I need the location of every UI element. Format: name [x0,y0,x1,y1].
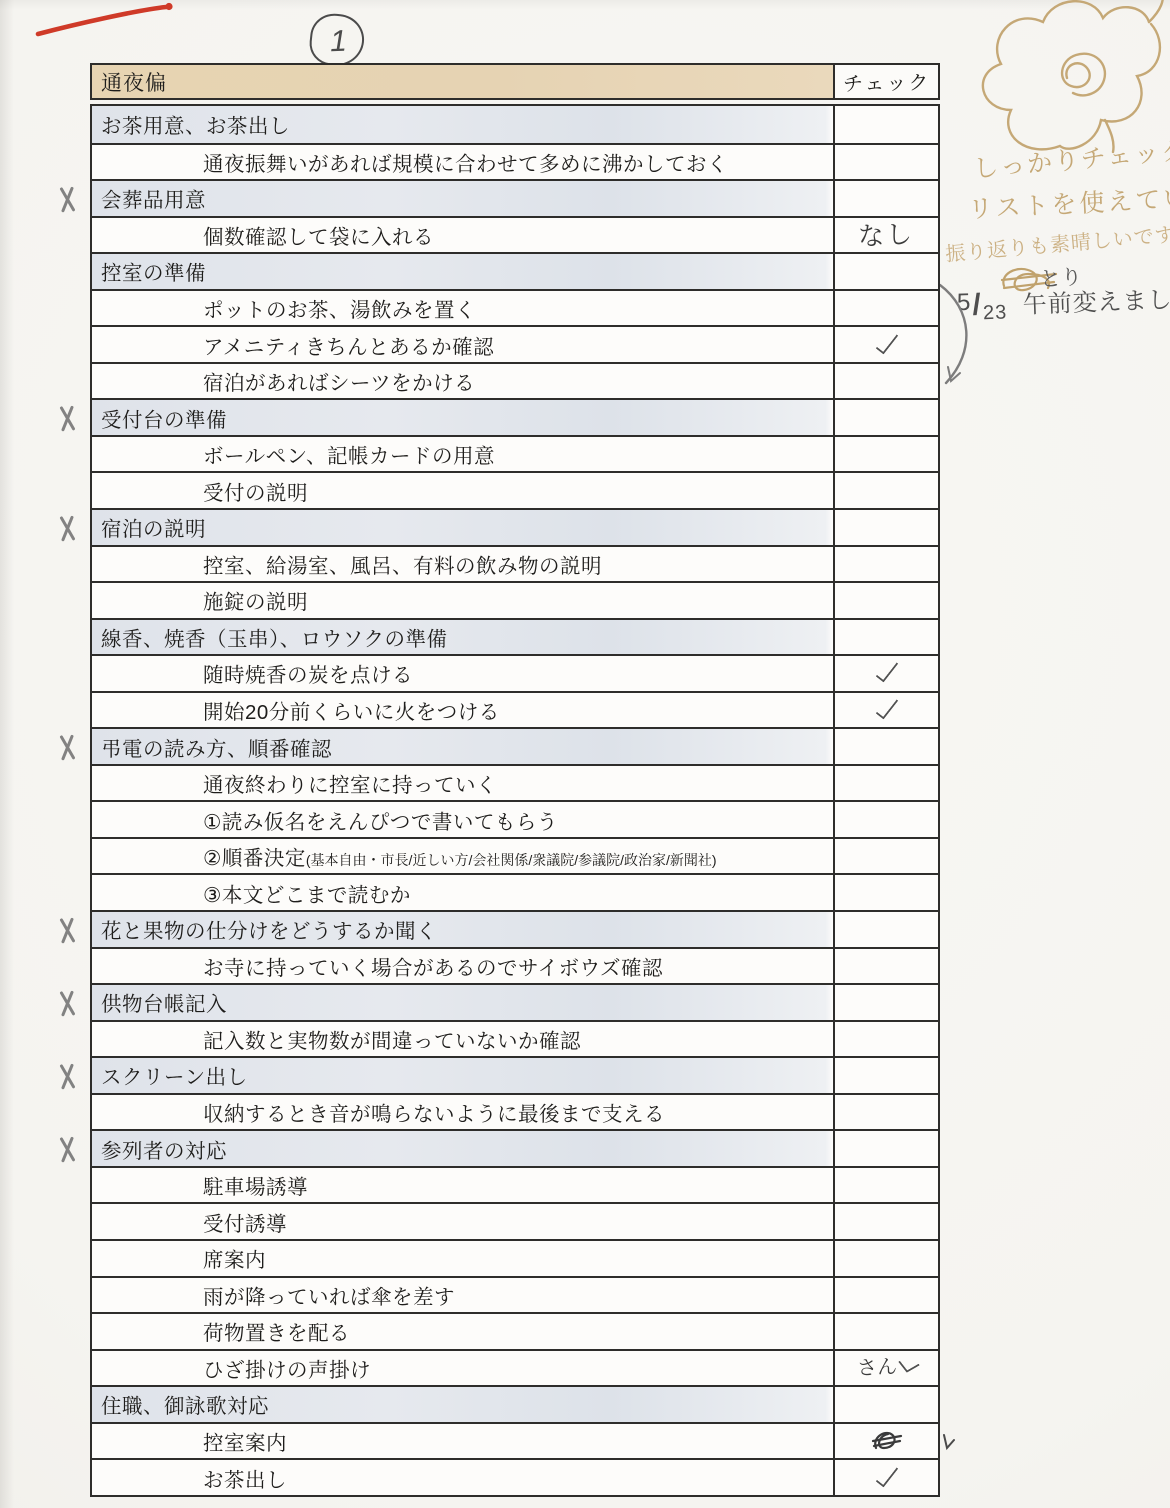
row-label-cell: 受付の説明 [92,473,835,508]
check-cell [835,583,938,618]
check-cell [835,181,938,216]
circled-page-number: 1 [307,11,366,68]
table-row: 会葬品用意 [92,179,938,216]
table-row: ひざ掛けの声掛け さん [92,1349,938,1386]
page-number-text: 1 [329,25,347,60]
row-label-cell: 荷物置きを配る [92,1314,835,1349]
row-label: 随時焼香の炭を点ける [92,658,413,688]
check-cell [835,1314,938,1349]
table-row: 供物台帳記入 [92,983,938,1020]
row-label-cell: ポットのお茶、湯飲みを置く [92,291,835,326]
check-column-header-cell: チェック [835,65,938,98]
row-label-cell: お寺に持っていく場合があるのでサイボウズ確認 [92,949,835,984]
check-cell [835,1460,938,1495]
table-row: 施錠の説明 [92,581,938,618]
checklist-table: お茶用意、お茶出し 通夜振舞いがあれば規模に合わせて多めに沸かしておく 会葬品用… [90,104,940,1497]
row-label: 住職、御詠歌対応 [92,1389,269,1419]
table-row: 宿泊の説明 [92,508,938,545]
row-label-cell: 宿泊があればシーツをかける [92,364,835,399]
check-cell [835,1387,938,1422]
table-row: 宿泊があればシーツをかける [92,362,938,399]
table-row: 控室の準備 [92,252,938,289]
check-mark-icon [875,329,898,354]
row-label-cell: 席案内 [92,1241,835,1276]
table-row: アメニティきちんとあるか確認 [92,325,938,362]
table-row: 受付誘導 [92,1202,938,1239]
row-label-cell: 受付台の準備 [92,400,835,435]
row-label-cell: 控室、給湯室、風呂、有料の飲み物の説明 [92,547,835,582]
row-label: お茶出し [92,1463,287,1493]
row-label: 宿泊があればシーツをかける [92,366,475,396]
check-cell [835,1095,938,1130]
scanned-checklist-page: 1 しっかりチェック リストを使えてい 振り返りも素晴しいです とり 5/23 … [0,0,1170,1508]
row-label: 宿泊の説明 [92,512,206,542]
row-label: 雨が降っていれば傘を差す [92,1280,455,1310]
row-label-cell: ひざ掛けの声掛け [92,1351,835,1386]
table-row: お茶用意、お茶出し [92,106,938,143]
row-label-cell: 開始20分前くらいに火をつける [92,693,835,728]
check-cell [835,400,938,435]
x-mark-icon [55,990,79,1016]
row-label: ②順番決定(基本自由・市長/近しい方/会社関係/衆議院/参議院/政治家/新聞社) [92,841,717,871]
table-row: 収納するとき音が鳴らないように最後まで支える [92,1093,938,1130]
row-label-cell: 宿泊の説明 [92,510,835,545]
x-mark-icon [55,515,79,541]
row-label-cell: 控室の準備 [92,254,835,289]
check-cell [835,437,938,472]
table-row: 控室案内 [92,1422,938,1459]
table-row: 個数確認して袋に入れる なし [92,216,938,253]
table-row: 記入数と実物数が間違っていないか確認 [92,1020,938,1057]
check-column-header: チェック [843,66,931,97]
row-label-cell: ボールペン、記帳カードの用意 [92,437,835,472]
row-label: 供物台帳記入 [92,987,227,1017]
row-label: お寺に持っていく場合があるのでサイボウズ確認 [92,951,663,981]
check-cell [835,106,938,143]
row-label: 駐車場誘導 [92,1170,308,1200]
row-label: 席案内 [92,1243,266,1273]
row-label: 受付誘導 [92,1207,287,1237]
row-label-cell: お茶用意、お茶出し [92,106,835,143]
row-label-cell: 参列者の対応 [92,1131,835,1166]
table-row: 弔電の読み方、順番確認 [92,727,938,764]
row-label: 会葬品用意 [92,183,206,213]
row-label-cell: 個数確認して袋に入れる [92,218,835,253]
row-label: 控室案内 [92,1426,287,1456]
x-mark-icon [55,186,79,212]
row-label-cell: 控室案内 [92,1424,835,1459]
x-mark-icon [55,1136,79,1162]
table-row: ボールペン、記帳カードの用意 [92,435,938,472]
row-label-cell: 住職、御詠歌対応 [92,1387,835,1422]
date-text: 午前変えました [1022,286,1170,319]
handwritten-check-text: さん [857,1357,898,1379]
row-label-cell: お茶出し [92,1460,835,1495]
row-label: 記入数と実物数が間違っていないか確認 [92,1024,581,1054]
check-cell: さん [835,1351,938,1386]
table-row: お茶出し [92,1458,938,1495]
check-cell [835,254,938,289]
row-label: 控室、給湯室、風呂、有料の飲み物の説明 [92,549,602,579]
row-label: ③本文どこまで読むか [92,878,411,908]
table-row: 随時焼香の炭を点ける [92,654,938,691]
table-row: 荷物置きを配る [92,1312,938,1349]
check-mark-icon [898,1355,920,1374]
check-cell [835,656,938,691]
check-cell [835,693,938,728]
row-label-cell: アメニティきちんとあるか確認 [92,327,835,362]
table-row: 開始20分前くらいに火をつける [92,691,938,728]
row-label-cell: 雨が降っていれば傘を差す [92,1278,835,1313]
row-label-cell: ③本文どこまで読むか [92,875,835,910]
table-row: お寺に持っていく場合があるのでサイボウズ確認 [92,947,938,984]
row-label: 通夜終わりに控室に持っていく [92,768,497,798]
table-row: 雨が降っていれば傘を差す [92,1276,938,1313]
check-cell [835,620,938,655]
row-label: 花と果物の仕分けをどうするか聞く [92,914,437,944]
check-cell [835,839,938,874]
check-cell [835,1278,938,1313]
table-header-row: 通夜偏 チェック [90,63,940,100]
check-cell [835,1424,938,1459]
row-label: ①読み仮名をえんぴつで書いてもらう [92,805,558,835]
row-label: ポットのお茶、湯飲みを置く [92,293,476,323]
table-row: 線香、焼香（玉串）、ロウソクの準備 [92,618,938,655]
row-label: 施錠の説明 [92,585,308,615]
check-mark-icon [875,658,898,683]
row-label-cell: 線香、焼香（玉串）、ロウソクの準備 [92,620,835,655]
table-row: 控室、給湯室、風呂、有料の飲み物の説明 [92,545,938,582]
row-label: 参列者の対応 [92,1134,227,1164]
curly-brace-arc [936,283,982,389]
check-cell [835,364,938,399]
table-row: ②順番決定(基本自由・市長/近しい方/会社関係/衆議院/参議院/政治家/新聞社) [92,837,938,874]
x-mark-icon [55,917,79,943]
table-row: ③本文どこまで読むか [92,873,938,910]
table-row: 参列者の対応 [92,1129,938,1166]
table-row: 駐車場誘導 [92,1166,938,1203]
check-cell [835,510,938,545]
row-label-cell: 受付誘導 [92,1204,835,1239]
side-tick-icon [941,1433,955,1451]
check-cell [835,1168,938,1203]
check-mark-icon [875,1462,898,1487]
check-cell [835,145,938,180]
row-label-cell: 通夜振舞いがあれば規模に合わせて多めに沸かしておく [92,145,835,180]
row-label-cell: 施錠の説明 [92,583,835,618]
scribbled-mark-icon [870,1428,904,1454]
check-cell [835,1058,938,1093]
check-cell [835,766,938,801]
row-label: 弔電の読み方、順番確認 [92,732,332,762]
row-label-cell: 弔電の読み方、順番確認 [92,729,835,764]
table-title-cell: 通夜偏 [92,65,835,98]
table-row: 通夜振舞いがあれば規模に合わせて多めに沸かしておく [92,143,938,180]
check-mark-icon [875,694,898,719]
x-mark-icon [55,734,79,760]
handwritten-check-text: なし [858,220,915,249]
table-row: 受付台の準備 [92,398,938,435]
check-cell [835,1022,938,1057]
date-day: 23 [983,301,1008,324]
check-cell [835,473,938,508]
check-cell [835,1131,938,1166]
handwritten-date-note: 5/23 午前変えました [957,283,1170,321]
check-cell [835,327,938,362]
row-label: 通夜振舞いがあれば規模に合わせて多めに沸かしておく [92,147,728,177]
check-cell [835,912,938,947]
check-cell: なし [835,218,938,253]
row-label-cell: 記入数と実物数が間違っていないか確認 [92,1022,835,1057]
row-label-cell: 駐車場誘導 [92,1168,835,1203]
table-row: スクリーン出し [92,1056,938,1093]
row-label: 受付の説明 [92,476,308,506]
row-label: お茶用意、お茶出し [92,109,290,139]
table-row: ポットのお茶、湯飲みを置く [92,289,938,326]
table-row: 受付の説明 [92,471,938,508]
check-cell [835,729,938,764]
row-label: ボールペン、記帳カードの用意 [92,439,495,469]
check-cell [835,547,938,582]
check-cell [835,291,938,326]
row-label-cell: 会葬品用意 [92,181,835,216]
check-cell [835,802,938,837]
check-cell [835,1204,938,1239]
check-cell [835,875,938,910]
check-cell [835,985,938,1020]
row-label-cell: 収納するとき音が鳴らないように最後まで支える [92,1095,835,1130]
row-label-cell: 花と果物の仕分けをどうするか聞く [92,912,835,947]
row-label-cell: 供物台帳記入 [92,985,835,1020]
red-pen-stroke [28,0,188,42]
row-label-detail: (基本自由・市長/近しい方/会社関係/衆議院/参議院/政治家/新聞社) [306,852,717,868]
row-label: 受付台の準備 [92,403,227,433]
row-label-cell: 通夜終わりに控室に持っていく [92,766,835,801]
row-label: 線香、焼香（玉串）、ロウソクの準備 [92,622,448,652]
row-label: 控室の準備 [92,256,206,286]
row-label-cell: 随時焼香の炭を点ける [92,656,835,691]
table-row: 花と果物の仕分けをどうするか聞く [92,910,938,947]
row-label: 荷物置きを配る [92,1316,350,1346]
x-mark-icon [55,1063,79,1089]
row-label: 収納するとき音が鳴らないように最後まで支える [92,1097,665,1127]
check-cell [835,1241,938,1276]
row-label: 開始20分前くらいに火をつける [92,695,500,725]
row-label: ひざ掛けの声掛け [92,1353,371,1383]
table-title: 通夜偏 [101,67,167,97]
check-cell [835,949,938,984]
handwritten-note-line-3: 振り返りも素晴しいです [945,225,1170,265]
flower-doodle-icon [965,0,1170,162]
row-label-cell: ②順番決定(基本自由・市長/近しい方/会社関係/衆議院/参議院/政治家/新聞社) [92,839,835,874]
handwritten-note-line-2: リストを使えてい [967,186,1170,223]
x-mark-icon [55,405,79,431]
table-row: 住職、御詠歌対応 [92,1385,938,1422]
table-row: ①読み仮名をえんぴつで書いてもらう [92,800,938,837]
table-row: 席案内 [92,1239,938,1276]
table-row: 通夜終わりに控室に持っていく [92,764,938,801]
row-label-cell: スクリーン出し [92,1058,835,1093]
row-label: スクリーン出し [92,1060,248,1090]
row-label-cell: ①読み仮名をえんぴつで書いてもらう [92,802,835,837]
row-label: アメニティきちんとあるか確認 [92,330,494,360]
row-label: 個数確認して袋に入れる [92,220,434,250]
